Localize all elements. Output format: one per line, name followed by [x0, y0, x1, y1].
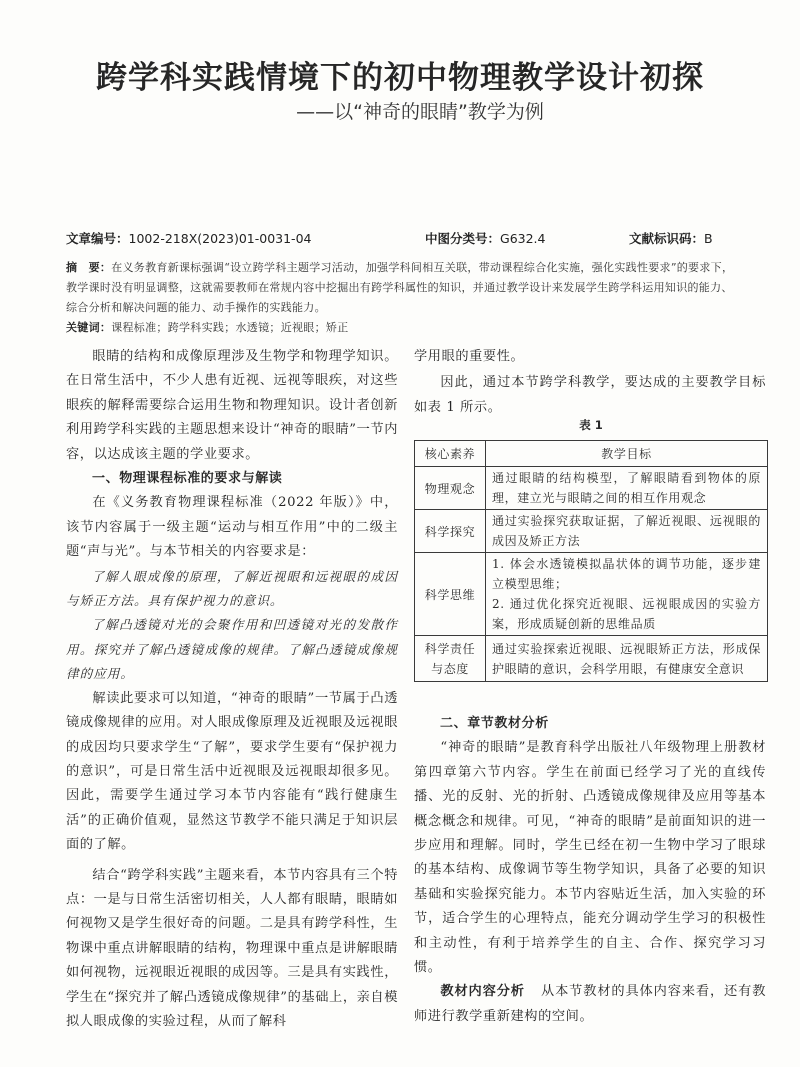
section-2-heading: 二、章节教材分析: [414, 712, 766, 736]
table-row: 科学责任与态度 通过实验探索近视眼、远视眼矫正方法，形成保护眼睛的意识，会科学用…: [415, 636, 768, 682]
table-header-core-literacy: 核心素养: [415, 441, 486, 467]
table-row: 科学探究 通过实验探究获取证据，了解近视眼、远视眼的成因及矫正方法: [415, 510, 768, 553]
interpretation-paragraph: 解读此要求可以知道，“神奇的眼睛”一节属于凸透镜成像规律的应用。对人眼成像原理及…: [66, 687, 398, 858]
continuation-text: 学用眼的重要性。: [414, 345, 766, 369]
requirement-1: 了解人眼成像的原理，了解近视眼和远视眼的成因与矫正方法。具有保护视力的意识。: [66, 565, 398, 614]
section-2-paragraph: “神奇的眼睛”是教育科学出版社八年级物理上册教材第四章第六节内容。学生在前面已经…: [414, 736, 766, 980]
clc-label: 中图分类号：: [425, 231, 500, 246]
abstract-label: 摘 要：: [66, 261, 111, 274]
clc-number: 中图分类号：G632.4: [425, 229, 546, 247]
analysis-paragraph: 教材内容分析从本节教材的具体内容来看，还有教师进行教学重新建构的空间。: [414, 980, 766, 1029]
table-header-goals: 教学目标: [486, 441, 768, 467]
table-cell-value: 1. 体会水透镜模拟晶状体的调节功能，逐步建立模型思维； 2. 通过优化探究近视…: [486, 553, 768, 636]
clc-value: G632.4: [500, 231, 545, 246]
article-subtitle: ——以“神奇的眼睛”教学为例: [0, 97, 800, 124]
article-title: 跨学科实践情境下的初中物理教学设计初探: [0, 52, 800, 97]
table-row: 物理观念 通过眼睛的结构模型，了解眼睛看到物体的原理，建立光与眼睛之间的相互作用…: [415, 467, 768, 510]
document-code-label: 文献标识码：: [629, 231, 704, 246]
features-paragraph: 结合“跨学科实践”主题来看，本节内容具有三个特点：一是与日常生活密切相关，人人都…: [66, 864, 398, 1035]
goal-item-2: 2. 通过优化探究近视眼、远视眼成因的实验方案，形成质疑创新的思维品质: [492, 594, 761, 634]
article-number-value: 1002-218X(2023)01-0031-04: [129, 231, 312, 246]
document-code: 文献标识码：B: [629, 229, 713, 247]
document-code-value: B: [704, 231, 713, 246]
table-cell-value: 通过眼睛的结构模型，了解眼睛看到物体的原理，建立光与眼睛之间的相互作用观念: [486, 467, 768, 510]
table-cell-key: 科学思维: [415, 553, 486, 636]
table-cell-value: 通过实验探索近视眼、远视眼矫正方法，形成保护眼睛的意识，会科学用眼，有健康安全意…: [486, 636, 768, 682]
table-header-row: 核心素养 教学目标: [415, 441, 768, 467]
right-column-bottom: 二、章节教材分析 “神奇的眼睛”是教育科学出版社八年级物理上册教材第四章第六节内…: [414, 712, 766, 1029]
section-1-heading: 一、物理课程标准的要求与解读: [66, 467, 398, 491]
abstract-text: 在义务教育新课标强调“设立跨学科主题学习活动，加强学科间相互关联，带动课程综合化…: [66, 261, 733, 314]
teaching-goals-table: 核心素养 教学目标 物理观念 通过眼睛的结构模型，了解眼睛看到物体的原理，建立光…: [414, 440, 768, 682]
table-cell-value: 通过实验探究获取证据，了解近视眼、远视眼的成因及矫正方法: [486, 510, 768, 553]
goal-paragraph: 因此，通过本节跨学科教学，要达成的主要教学目标如表 1 所示。: [414, 371, 766, 420]
table-caption: 表 1: [414, 417, 768, 433]
keywords-label: 关键词：: [66, 321, 111, 334]
left-column: 眼睛的结构和成像原理涉及生物学和物理学知识。在日常生活中，不少人患有近视、远视等…: [66, 345, 398, 1034]
goal-item-1: 1. 体会水透镜模拟晶状体的调节功能，逐步建立模型思维；: [492, 554, 761, 594]
right-column-top: 学用眼的重要性。 因此，通过本节跨学科教学，要达成的主要教学目标如表 1 所示。: [414, 345, 766, 420]
table-cell-key: 物理观念: [415, 467, 486, 510]
abstract-block: 摘 要：在义务教育新课标强调“设立跨学科主题学习活动，加强学科间相互关联，带动课…: [66, 258, 736, 338]
table-cell-key: 科学责任与态度: [415, 636, 486, 682]
keywords-text: 课程标准；跨学科实践；水透镜；近视眼；矫正: [111, 321, 348, 334]
analysis-label: 教材内容分析: [440, 984, 524, 999]
article-number-label: 文章编号：: [66, 231, 129, 246]
abstract: 摘 要：在义务教育新课标强调“设立跨学科主题学习活动，加强学科间相互关联，带动课…: [66, 258, 736, 318]
section-1-paragraph: 在《义务教育物理课程标准（2022 年版）》中，该节内容属于一级主题“运动与相互…: [66, 491, 398, 564]
article-number: 文章编号：1002-218X(2023)01-0031-04: [66, 229, 311, 247]
intro-paragraph: 眼睛的结构和成像原理涉及生物学和物理学知识。在日常生活中，不少人患有近视、远视等…: [66, 345, 398, 467]
table-cell-key: 科学探究: [415, 510, 486, 553]
table-row: 科学思维 1. 体会水透镜模拟晶状体的调节功能，逐步建立模型思维； 2. 通过优…: [415, 553, 768, 636]
keywords: 关键词：课程标准；跨学科实践；水透镜；近视眼；矫正: [66, 318, 736, 338]
requirement-2: 了解凸透镜对光的会聚作用和凹透镜对光的发散作用。探究并了解凸透镜成像的规律。了解…: [66, 613, 398, 686]
